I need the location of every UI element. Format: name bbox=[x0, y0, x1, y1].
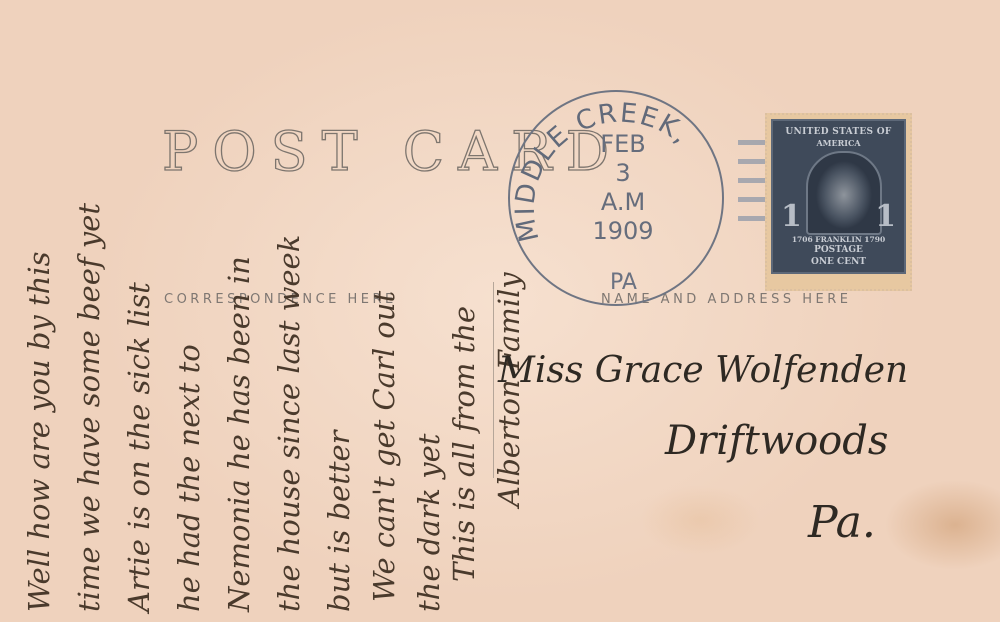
postmark-time: A.M bbox=[588, 188, 658, 217]
recipient-name: Miss Grace Wolfenden bbox=[498, 350, 908, 391]
recipient-city: Driftwoods bbox=[665, 418, 888, 464]
stamp-name-line: 1706 FRANKLIN 1790 bbox=[773, 235, 904, 244]
postage-stamp: UNITED STATES OF AMERICA 1 1 1706 FRANKL… bbox=[765, 113, 912, 291]
cancellation-bars bbox=[738, 140, 768, 250]
stamp-value: ONE CENT bbox=[773, 257, 904, 267]
postmark-state: PA bbox=[610, 270, 637, 295]
message-line: Nemonia he has been in bbox=[222, 256, 256, 612]
stamp-numeral-right: 1 bbox=[875, 199, 896, 234]
stamp-face: UNITED STATES OF AMERICA 1 1 1706 FRANKL… bbox=[771, 119, 906, 274]
message-line: but is better bbox=[322, 430, 356, 612]
recipient-state: Pa. bbox=[808, 497, 876, 548]
postmark-month: FEB bbox=[588, 130, 658, 159]
postmark-day: 3 bbox=[588, 159, 658, 188]
stamp-top-text: UNITED STATES OF bbox=[773, 121, 904, 137]
message-line: Well how are you by this bbox=[22, 252, 56, 612]
message-line: the dark yet bbox=[412, 434, 446, 612]
message-line: Artie is on the sick list bbox=[122, 282, 156, 612]
stamp-postage: POSTAGE bbox=[773, 245, 904, 255]
message-line: he had the next to bbox=[172, 344, 206, 612]
postmark-year: 1909 bbox=[588, 217, 658, 246]
message-line: the house since last week bbox=[272, 235, 306, 612]
stamp-numeral-left: 1 bbox=[781, 199, 802, 234]
postmark: MIDDLE CREEK, FEB 3 A.M 1909 PA bbox=[508, 90, 724, 306]
message-line: We can't get Carl out bbox=[367, 291, 401, 602]
franklin-portrait-icon bbox=[806, 151, 882, 235]
message-line: time we have some beef yet bbox=[72, 203, 106, 612]
message-line: This is all from the bbox=[447, 306, 481, 582]
postcard-back: POST CARD CORRESPONDENCE HERE NAME AND A… bbox=[0, 0, 1000, 622]
postmark-date: FEB 3 A.M 1909 bbox=[588, 130, 658, 246]
stamp-country: AMERICA bbox=[773, 138, 904, 148]
